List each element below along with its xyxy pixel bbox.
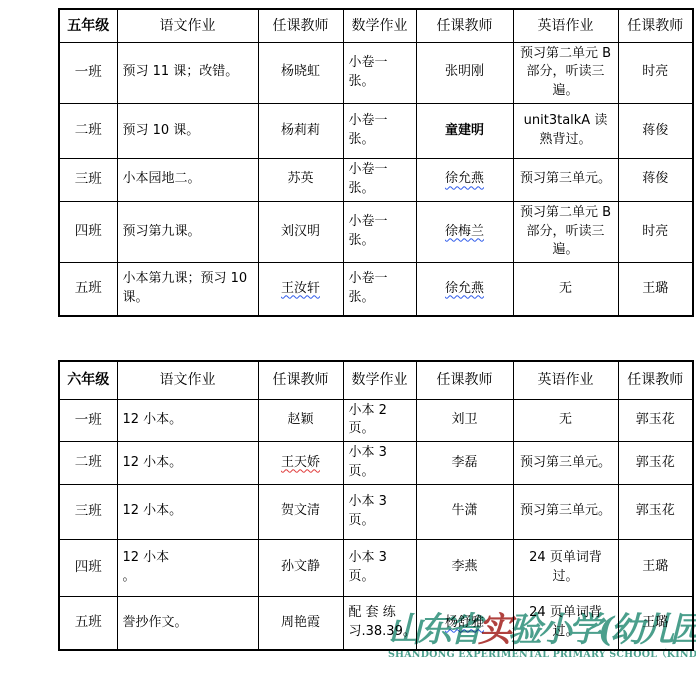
column-header-cell: 任课教师 xyxy=(416,9,513,42)
column-header-cell: 任课教师 xyxy=(416,361,513,399)
table-row: 五班誊抄作文。周艳霞配 套 练 习.38.39。杨舒雅24 页单词背过。王璐 xyxy=(59,596,693,650)
cell-text: 12 小本 。 xyxy=(123,550,170,584)
chinese-homework-cell: 预习 10 课。 xyxy=(117,104,258,159)
column-header-cell: 英语作业 xyxy=(513,9,618,42)
table-row: 四班预习第九课。刘汉明小卷一张。徐梅兰预习第二单元 B 部分，听读三遍。时亮 xyxy=(59,201,693,263)
english-teacher-cell: 王璐 xyxy=(618,596,693,650)
table-row: 四班12 小本 。孙文静小本 3 页。李燕24 页单词背过。王璐 xyxy=(59,539,693,596)
math-teacher-cell: 李磊 xyxy=(416,442,513,485)
cell-text: 预习第三单元。 xyxy=(520,455,611,470)
math-teacher-cell: 童建明 xyxy=(416,104,513,159)
cell-text: 赵颖 xyxy=(287,412,313,427)
cell-text: 时亮 xyxy=(642,64,668,79)
cell-text: 小本第九课；预习 10 课。 xyxy=(123,271,248,305)
class-cell: 四班 xyxy=(59,539,117,596)
cell-text: 蒋俊 xyxy=(642,123,668,138)
chinese-teacher-cell: 苏英 xyxy=(258,159,343,202)
cell-text: 时亮 xyxy=(642,224,668,239)
cell-text: 苏英 xyxy=(287,171,313,186)
grade5-homework-table: 五年级语文作业任课教师数学作业任课教师英语作业任课教师一班预习 11 课；改错。… xyxy=(58,8,694,317)
chinese-teacher-cell: 刘汉明 xyxy=(258,201,343,263)
grade-header-cell: 六年级 xyxy=(59,361,117,399)
class-cell: 二班 xyxy=(59,442,117,485)
cell-text: 12 小本。 xyxy=(123,412,183,427)
english-teacher-cell: 时亮 xyxy=(618,201,693,263)
math-homework-cell: 小本 3 页。 xyxy=(343,539,416,596)
cell-text: 郭玉花 xyxy=(636,503,675,518)
cell-text: 配 套 练 习.38.39。 xyxy=(349,605,416,639)
cell-text: 预习 11 课；改错。 xyxy=(123,64,239,79)
cell-text: 孙文静 xyxy=(281,559,320,574)
cell-text: 24 页单词背过。 xyxy=(529,605,602,639)
cell-text: 预习第二单元 B 部分，听读三遍。 xyxy=(520,205,611,258)
math-homework-cell: 小卷一张。 xyxy=(343,42,416,104)
class-cell: 一班 xyxy=(59,399,117,442)
cell-text: 无 xyxy=(559,281,572,296)
table-row: 一班预习 11 课；改错。杨晓虹小卷一张。张明刚预习第二单元 B 部分，听读三遍… xyxy=(59,42,693,104)
chinese-teacher-cell: 赵颖 xyxy=(258,399,343,442)
cell-text: 二班 xyxy=(75,454,102,470)
chinese-teacher-cell: 杨莉莉 xyxy=(258,104,343,159)
math-teacher-cell: 杨舒雅 xyxy=(416,596,513,650)
cell-text: 徐允燕 xyxy=(445,281,484,296)
cell-text: 预习第三单元。 xyxy=(520,503,611,518)
class-cell: 四班 xyxy=(59,201,117,263)
table-row: 五班小本第九课；预习 10 课。王汝轩小卷一张。徐允燕无王璐 xyxy=(59,263,693,316)
header-row: 五年级语文作业任课教师数学作业任课教师英语作业任课教师 xyxy=(59,9,693,42)
cell-text: 预习第九课。 xyxy=(123,224,201,239)
cell-text: 三班 xyxy=(75,171,102,187)
cell-text: 周艳霞 xyxy=(281,615,320,630)
cell-text: 五班 xyxy=(75,614,102,630)
english-homework-cell: 预习第三单元。 xyxy=(513,442,618,485)
math-homework-cell: 小本 3 页。 xyxy=(343,484,416,539)
chinese-homework-cell: 预习第九课。 xyxy=(117,201,258,263)
cell-text: 王汝轩 xyxy=(281,281,320,296)
cell-text: 小卷一张。 xyxy=(349,113,388,147)
cell-text: 王璐 xyxy=(642,615,668,630)
table-row: 二班预习 10 课。杨莉莉小卷一张。童建明unit3talkA 读熟背过。蒋俊 xyxy=(59,104,693,159)
chinese-teacher-cell: 王天娇 xyxy=(258,442,343,485)
math-teacher-cell: 徐梅兰 xyxy=(416,201,513,263)
cell-text: 刘汉明 xyxy=(281,224,320,239)
table-row: 三班小本园地二。苏英小卷一张。徐允燕预习第三单元。蒋俊 xyxy=(59,159,693,202)
cell-text: 无 xyxy=(559,412,572,427)
chinese-homework-cell: 12 小本 。 xyxy=(117,539,258,596)
english-homework-cell: 24 页单词背过。 xyxy=(513,596,618,650)
chinese-teacher-cell: 周艳霞 xyxy=(258,596,343,650)
chinese-teacher-cell: 王汝轩 xyxy=(258,263,343,316)
cell-text: 杨舒雅 xyxy=(445,615,484,630)
cell-text: 李燕 xyxy=(451,559,477,574)
class-cell: 二班 xyxy=(59,104,117,159)
table-row: 一班12 小本。赵颖小本 2 页。刘卫无郭玉花 xyxy=(59,399,693,442)
cell-text: 誊抄作文。 xyxy=(123,615,188,630)
chinese-homework-cell: 12 小本。 xyxy=(117,442,258,485)
math-teacher-cell: 张明刚 xyxy=(416,42,513,104)
cell-text: unit3talkA 读熟背过。 xyxy=(524,113,608,147)
english-teacher-cell: 蒋俊 xyxy=(618,159,693,202)
english-homework-cell: 预习第二单元 B 部分，听读三遍。 xyxy=(513,201,618,263)
cell-text: 小卷一张。 xyxy=(349,162,388,196)
cell-text: 小卷一张。 xyxy=(349,271,388,305)
column-header-cell: 数学作业 xyxy=(343,9,416,42)
column-header-cell: 任课教师 xyxy=(258,361,343,399)
chinese-teacher-cell: 贺文清 xyxy=(258,484,343,539)
grade-header-cell: 五年级 xyxy=(59,9,117,42)
grade6-homework-table: 六年级语文作业任课教师数学作业任课教师英语作业任课教师一班12 小本。赵颖小本 … xyxy=(58,360,694,651)
cell-text: 王天娇 xyxy=(281,455,320,470)
cell-text: 四班 xyxy=(75,223,102,239)
class-cell: 五班 xyxy=(59,263,117,316)
math-homework-cell: 小卷一张。 xyxy=(343,104,416,159)
english-homework-cell: 24 页单词背过。 xyxy=(513,539,618,596)
cell-text: 小本园地二。 xyxy=(123,171,201,186)
english-teacher-cell: 时亮 xyxy=(618,42,693,104)
english-homework-cell: 预习第二单元 B 部分，听读三遍。 xyxy=(513,42,618,104)
english-teacher-cell: 蒋俊 xyxy=(618,104,693,159)
english-homework-cell: 预习第三单元。 xyxy=(513,484,618,539)
cell-text: 一班 xyxy=(75,64,102,80)
chinese-homework-cell: 小本第九课；预习 10 课。 xyxy=(117,263,258,316)
cell-text: 徐允燕 xyxy=(445,171,484,186)
cell-text: 牛潇 xyxy=(451,503,477,518)
math-teacher-cell: 牛潇 xyxy=(416,484,513,539)
math-homework-cell: 小本 2 页。 xyxy=(343,399,416,442)
math-homework-cell: 小卷一张。 xyxy=(343,263,416,316)
cell-text: 童建明 xyxy=(445,123,484,138)
chinese-teacher-cell: 杨晓虹 xyxy=(258,42,343,104)
english-teacher-cell: 郭玉花 xyxy=(618,442,693,485)
math-homework-cell: 配 套 练 习.38.39。 xyxy=(343,596,416,650)
english-teacher-cell: 郭玉花 xyxy=(618,399,693,442)
cell-text: 24 页单词背过。 xyxy=(529,550,602,584)
cell-text: 三班 xyxy=(75,503,102,519)
cell-text: 预习第三单元。 xyxy=(520,171,611,186)
header-row: 六年级语文作业任课教师数学作业任课教师英语作业任课教师 xyxy=(59,361,693,399)
cell-text: 12 小本。 xyxy=(123,503,183,518)
column-header-cell: 语文作业 xyxy=(117,361,258,399)
cell-text: 李磊 xyxy=(451,455,477,470)
chinese-homework-cell: 12 小本。 xyxy=(117,399,258,442)
chinese-homework-cell: 预习 11 课；改错。 xyxy=(117,42,258,104)
column-header-cell: 任课教师 xyxy=(258,9,343,42)
english-teacher-cell: 王璐 xyxy=(618,539,693,596)
cell-text: 五班 xyxy=(75,280,102,296)
cell-text: 小本 3 页。 xyxy=(349,494,387,528)
column-header-cell: 英语作业 xyxy=(513,361,618,399)
column-header-cell: 任课教师 xyxy=(618,9,693,42)
english-homework-cell: 预习第三单元。 xyxy=(513,159,618,202)
class-cell: 五班 xyxy=(59,596,117,650)
table-row: 三班12 小本。贺文清小本 3 页。牛潇预习第三单元。郭玉花 xyxy=(59,484,693,539)
cell-text: 小本 3 页。 xyxy=(349,445,387,479)
cell-text: 蒋俊 xyxy=(642,171,668,186)
cell-text: 预习第二单元 B 部分，听读三遍。 xyxy=(520,46,611,99)
cell-text: 王璐 xyxy=(642,559,668,574)
chinese-homework-cell: 誊抄作文。 xyxy=(117,596,258,650)
cell-text: 贺文清 xyxy=(281,503,320,518)
cell-text: 刘卫 xyxy=(451,412,477,427)
english-teacher-cell: 郭玉花 xyxy=(618,484,693,539)
math-homework-cell: 小卷一张。 xyxy=(343,159,416,202)
cell-text: 小本 2 页。 xyxy=(349,403,387,437)
cell-text: 预习 10 课。 xyxy=(123,123,200,138)
math-homework-cell: 小卷一张。 xyxy=(343,201,416,263)
cell-text: 小本 3 页。 xyxy=(349,550,387,584)
cell-text: 12 小本。 xyxy=(123,455,183,470)
english-homework-cell: unit3talkA 读熟背过。 xyxy=(513,104,618,159)
cell-text: 王璐 xyxy=(642,281,668,296)
cell-text: 二班 xyxy=(75,122,102,138)
cell-text: 杨莉莉 xyxy=(281,123,320,138)
cell-text: 小卷一张。 xyxy=(349,55,388,89)
chinese-teacher-cell: 孙文静 xyxy=(258,539,343,596)
math-homework-cell: 小本 3 页。 xyxy=(343,442,416,485)
table-row: 二班12 小本。王天娇小本 3 页。李磊预习第三单元。郭玉花 xyxy=(59,442,693,485)
column-header-cell: 任课教师 xyxy=(618,361,693,399)
column-header-cell: 语文作业 xyxy=(117,9,258,42)
cell-text: 徐梅兰 xyxy=(445,224,484,239)
math-teacher-cell: 李燕 xyxy=(416,539,513,596)
column-header-cell: 数学作业 xyxy=(343,361,416,399)
cell-text: 张明刚 xyxy=(445,64,484,79)
cell-text: 杨晓虹 xyxy=(281,64,320,79)
chinese-homework-cell: 12 小本。 xyxy=(117,484,258,539)
class-cell: 一班 xyxy=(59,42,117,104)
cell-text: 郭玉花 xyxy=(636,412,675,427)
english-homework-cell: 无 xyxy=(513,263,618,316)
class-cell: 三班 xyxy=(59,159,117,202)
cell-text: 四班 xyxy=(75,559,102,575)
cell-text: 一班 xyxy=(75,412,102,428)
chinese-homework-cell: 小本园地二。 xyxy=(117,159,258,202)
class-cell: 三班 xyxy=(59,484,117,539)
cell-text: 小卷一张。 xyxy=(349,214,388,248)
math-teacher-cell: 徐允燕 xyxy=(416,159,513,202)
cell-text: 郭玉花 xyxy=(636,455,675,470)
math-teacher-cell: 刘卫 xyxy=(416,399,513,442)
math-teacher-cell: 徐允燕 xyxy=(416,263,513,316)
english-homework-cell: 无 xyxy=(513,399,618,442)
english-teacher-cell: 王璐 xyxy=(618,263,693,316)
